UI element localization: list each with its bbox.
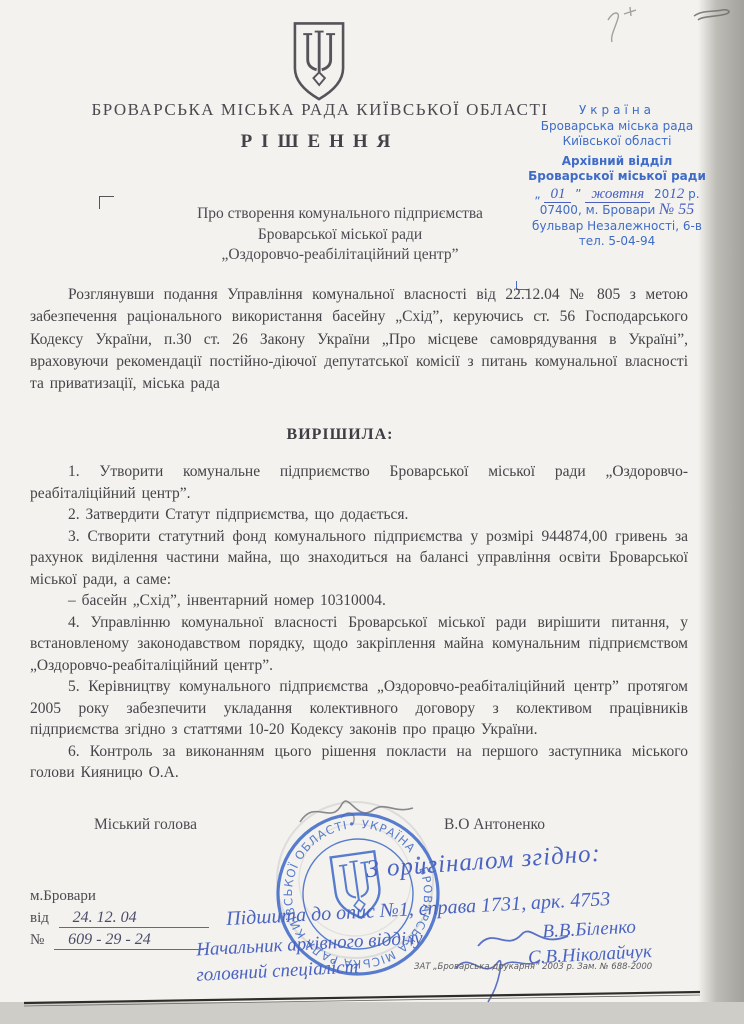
printer-imprint: ЗАТ „Броварська друкарня” 2003 р. Зам. №… — [414, 962, 652, 972]
scanned-document: БРОВАРСЬКА МІСЬКА РАДА КИЇВСЬКОЇ ОБЛАСТІ… — [0, 0, 744, 1024]
stamp-org-line2: Київської області — [498, 134, 736, 150]
date-row: від 24. 12. 04 — [30, 909, 209, 928]
corner-mark — [99, 196, 114, 209]
stamp-year-print: 20 — [654, 187, 669, 201]
item-5: 5. Керівництву комунального підприємства… — [30, 676, 688, 741]
number-label: № — [30, 932, 44, 948]
signer-name: В.О Антоненко — [444, 816, 545, 834]
preamble-paragraph: Розглянувши подання Управління комунальн… — [30, 284, 688, 395]
title-line2: Броварської міської ради — [130, 225, 550, 246]
stamp-date-day: 01 — [544, 186, 571, 203]
scan-shadow-bottom — [0, 1002, 744, 1024]
item-2: 2. Затвердити Статут підприємства, що до… — [30, 504, 688, 526]
archive-head-name: В.В.Біленко — [542, 916, 636, 942]
item-6: 6. Контроль за виконанням цього рішення … — [30, 741, 688, 784]
title-line3: „Оздоровчо-реабілітаційний центр” — [130, 245, 550, 266]
quote-open: „ — [534, 187, 540, 201]
item-3: 3. Створити статутний фонд комунального … — [30, 526, 688, 591]
stamp-date-line: „ 01 ” жовтня 2012 р. — [498, 187, 736, 203]
stamp-address-no: № 55 — [659, 201, 694, 218]
item-4: 4. Управлінню комунальної власності Бров… — [30, 612, 688, 677]
pencil-scribble — [590, 2, 740, 52]
quote-close: ” — [575, 187, 581, 201]
signer-position: Міський голова — [94, 816, 197, 834]
coat-of-arms-icon — [288, 20, 350, 106]
date-label: від — [30, 910, 49, 926]
city-label: м.Бровари — [30, 888, 96, 905]
item-3-sub: – басейн „Схід”, інвентарний номер 10310… — [30, 590, 688, 612]
stamp-year-suffix: р. — [688, 187, 699, 201]
resolved-heading: ВИРІШИЛА: — [30, 426, 650, 444]
stamp-org-line1: Броварська міська рада — [498, 119, 736, 135]
title-line1: Про створення комунального підприємства — [130, 204, 550, 225]
stamp-dept-line1: Архівний відділ — [498, 154, 736, 169]
stamp-year-hand: 12 — [669, 186, 684, 202]
document-title: Про створення комунального підприємства … — [130, 204, 550, 266]
number-handwritten: 609 - 29 - 24 — [54, 931, 204, 950]
stamp-date-month: жовтня — [585, 186, 650, 203]
date-handwritten: 24. 12. 04 — [59, 909, 209, 928]
number-row: № 609 - 29 - 24 — [30, 931, 204, 950]
item-1: 1. Утворити комунальне підприємство Бров… — [30, 461, 688, 504]
stamp-country: Україна — [498, 103, 736, 119]
resolution-items: 1. Утворити комунальне підприємство Бров… — [30, 461, 688, 784]
stamp-dept-line2: Броварської міської ради — [498, 169, 736, 184]
